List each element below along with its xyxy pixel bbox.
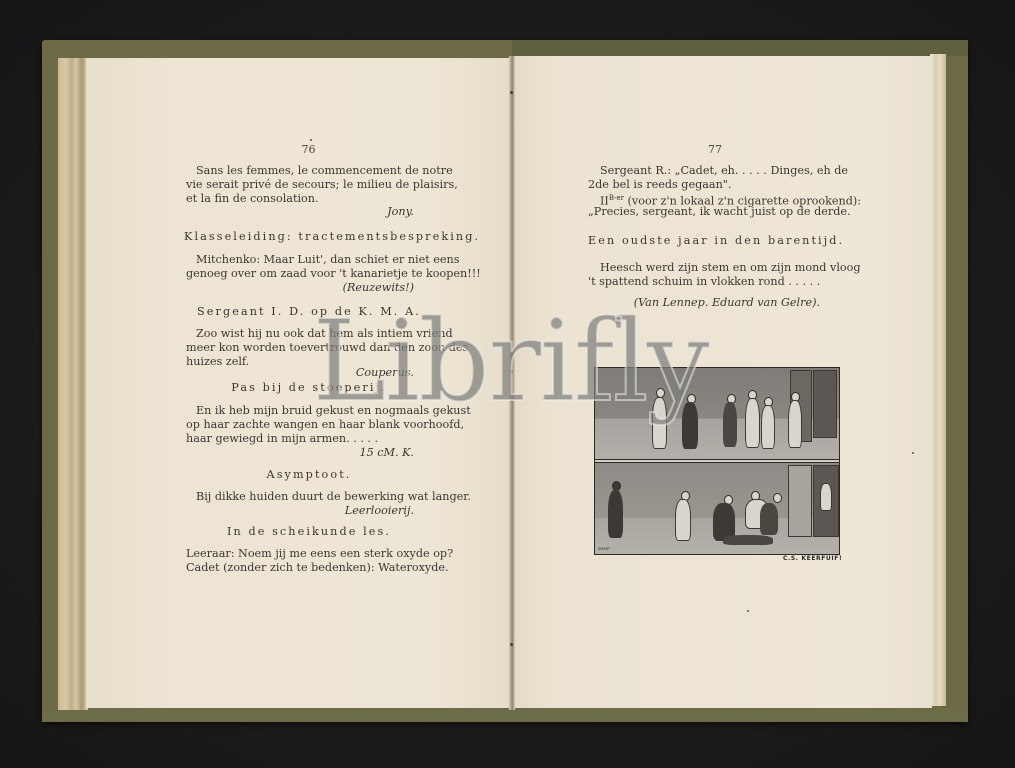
figure — [820, 483, 832, 511]
book-cover-top-edge — [512, 40, 968, 56]
doorway — [813, 370, 837, 438]
figure — [761, 405, 775, 449]
text-line: 't spattend schuim in vlokken rond . . .… — [588, 275, 820, 289]
section-heading: Klasseleiding: tractementsbespreking. — [184, 230, 434, 244]
text-line: Leeraar: Noem jij me eens een sterk oxyd… — [186, 547, 431, 561]
section-heading: Asymptoot. — [184, 468, 434, 482]
binding-thread — [510, 91, 513, 94]
page-number-right: 77 — [590, 143, 840, 157]
text-line: Cadet (zonder zich te bedenken): Waterox… — [186, 561, 449, 575]
text-line: Heesch werd zijn stem en om zijn mond vl… — [600, 261, 837, 275]
attribution: 15 cM. K. — [186, 446, 414, 460]
attribution: Leerlooierij. — [186, 504, 414, 518]
figure — [675, 499, 691, 541]
illustration-panel-bottom — [595, 463, 839, 554]
paper-speck — [912, 452, 914, 454]
figure — [788, 400, 802, 448]
illustration-caption: C.S. KEERFUIF! — [783, 555, 842, 562]
page-block-right-edge — [930, 54, 946, 706]
text-line: Sans les femmes, le commencement de notr… — [196, 164, 431, 178]
section-heading: In de scheikunde les. — [184, 525, 434, 539]
page-number-left: 76 — [186, 143, 431, 157]
text-line: et la fin de consolation. — [186, 192, 319, 206]
paper-speck — [747, 610, 749, 612]
figure — [760, 503, 778, 535]
figure — [745, 398, 760, 448]
book-cover-bottom-edge — [42, 708, 968, 722]
page-block-left-edge — [58, 58, 88, 710]
text-line: Sergeant R.: „Cadet, eh. . . . . Dinges,… — [600, 164, 837, 178]
illustration-signature: SMART — [598, 547, 610, 551]
text-line: vie serait privé de secours; le milieu d… — [186, 178, 431, 192]
figure — [723, 402, 737, 447]
text-line: haar gewiegd in mijn armen. . . . . — [186, 432, 378, 446]
text-line: Bij dikke huiden duurt de bewerking wat … — [196, 490, 471, 504]
text-line: „Precies, sergeant, ik wacht juist op de… — [588, 205, 851, 219]
superscript: B-er — [609, 194, 624, 202]
text-line: 2de bel is reeds gegaan". — [588, 178, 732, 192]
watermark-text: Librifly — [312, 292, 712, 432]
binding-thread — [510, 643, 513, 646]
open-door — [788, 465, 812, 537]
paper-speck — [310, 139, 312, 141]
text-line: genoeg over om zaad voor 't kanarietje t… — [186, 267, 431, 281]
fallen-figure — [723, 535, 773, 545]
figure-head — [773, 493, 782, 503]
text-line: Mitchenko: Maar Luit', dan schiet er nie… — [196, 253, 431, 267]
attribution: Jony. — [186, 205, 414, 219]
section-heading: Een oudste jaar in den barentijd. — [588, 234, 840, 248]
figure-officer — [608, 490, 623, 538]
